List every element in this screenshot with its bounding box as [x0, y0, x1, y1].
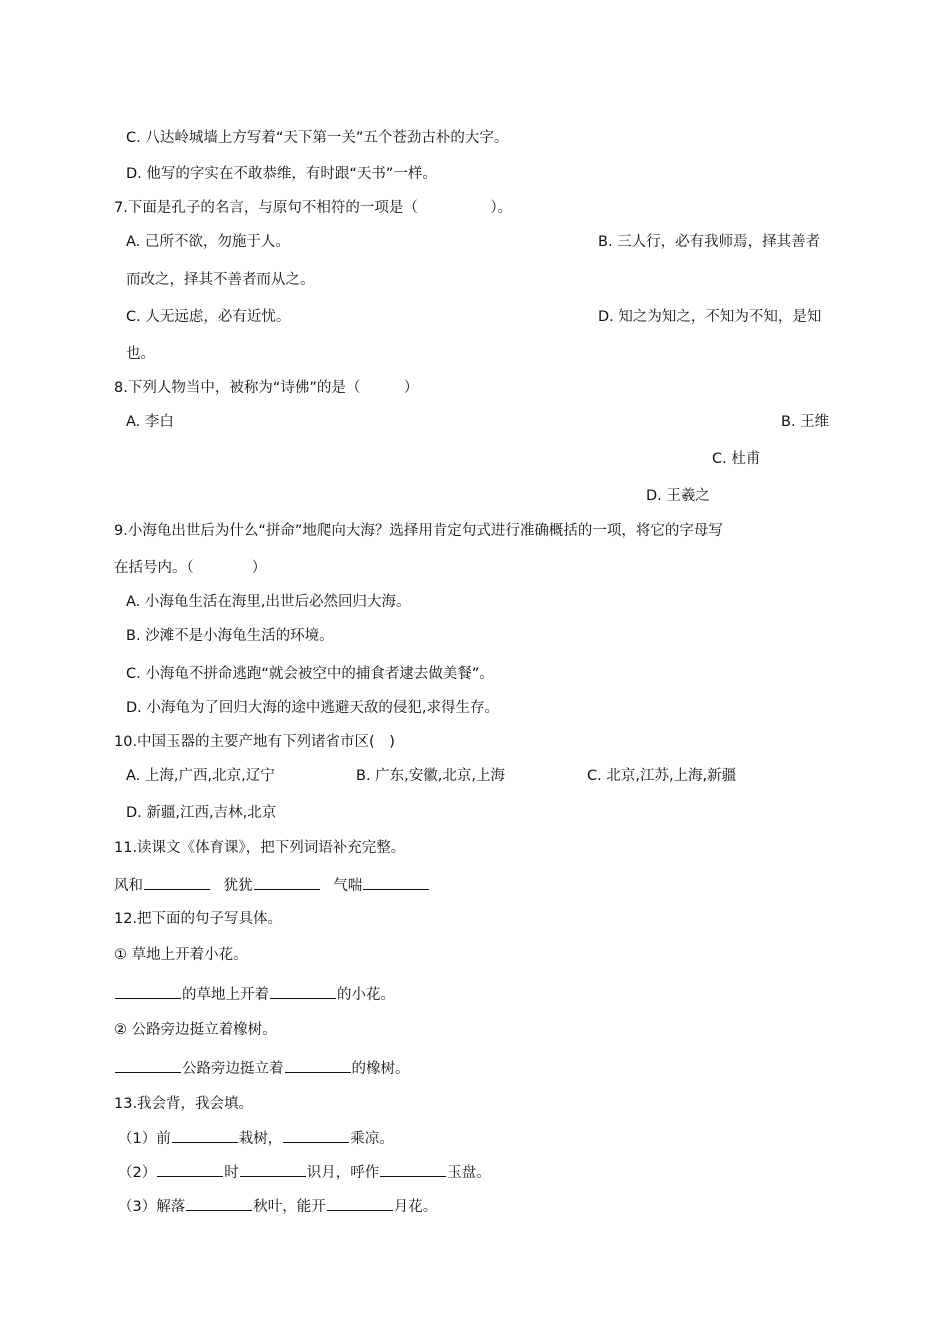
q13-line-2-text-c: 玉盘。 [447, 1165, 491, 1181]
q12-rewrite-1-text-a: 的草地上开着 [182, 987, 269, 1003]
q8-option-d: D. 王羲之 [646, 486, 710, 506]
q11-word-3: 气喘 [333, 878, 362, 894]
q13-line-2-text-a: 时 [224, 1165, 239, 1181]
q12-stem: 12.把下面的句子写具体。 [114, 909, 282, 929]
q13-blank-2c[interactable] [380, 1162, 446, 1177]
q10-option-d: D. 新疆,江西,吉林,北京 [126, 803, 276, 823]
q13-line-2-prefix: （2） [118, 1165, 156, 1181]
q13-stem: 13.我会背，我会填。 [114, 1094, 253, 1114]
q11-stem: 11.读课文《体育课》，把下列词语补充完整。 [114, 838, 405, 858]
q12-rewrite-2-text-b: 的橡树。 [352, 1061, 410, 1077]
q7-option-b: B. 三人行，必有我师焉，择其善者 [598, 232, 820, 252]
q8-stem: 8.下列人物当中，被称为“诗佛”的是（ ） [114, 378, 418, 398]
q8-option-b: B. 王维 [781, 412, 829, 432]
q10-option-c: C. 北京,江苏,上海,新疆 [587, 766, 736, 786]
q9-option-d: D. 小海龟为了回归大海的途中逃避天敌的侵犯,求得生存。 [126, 698, 499, 718]
q9-option-a: A. 小海龟生活在海里,出世后必然回归大海。 [126, 592, 411, 612]
q13-blank-1b[interactable] [283, 1128, 349, 1143]
q12-sentence-2: ② 公路旁边挺立着橡树。 [114, 1020, 277, 1040]
q13-line-1-prefix: （1）前 [118, 1131, 171, 1147]
q7-option-b-cont: 而改之，择其不善者而从之。 [126, 270, 315, 290]
q7-option-d: D. 知之为知之，不知为不知，是知 [598, 307, 821, 327]
q10-option-a: A. 上海,广西,北京,辽宁 [126, 766, 275, 786]
q12-blank-2b[interactable] [285, 1058, 351, 1073]
q9-option-c: C. 小海龟不拼命逃跑“就会被空中的捕食者逮去做美餐”。 [126, 664, 494, 684]
q13-blank-3b[interactable] [327, 1196, 393, 1211]
q13-line-1-text-a: 栽树， [239, 1131, 283, 1147]
q13-line-3-prefix: （3）解落 [118, 1199, 185, 1215]
q9-stem: 9.小海龟出世后为什么“拼命”地爬向大海？选择用肯定句式进行准确概括的一项，将它… [114, 521, 723, 541]
q12-sentence-1: ① 草地上开着小花。 [114, 945, 248, 965]
q13-line-3: （3）解落秋叶，能开月花。 [118, 1196, 437, 1217]
q6-option-c: C. 八达岭城墙上方写着“天下第一关”五个苍劲古朴的大字。 [126, 128, 508, 148]
q7-stem: 7.下面是孔子的名言，与原句不相符的一项是（ ）。 [114, 198, 512, 218]
q13-blank-2a[interactable] [157, 1162, 223, 1177]
q13-line-3-text-b: 月花。 [394, 1199, 438, 1215]
q12-rewrite-2: 公路旁边挺立着的橡树。 [114, 1058, 410, 1079]
q11-blank-1[interactable] [144, 875, 210, 890]
q12-blank-1a[interactable] [115, 984, 181, 999]
q13-line-2-text-b: 识月，呼作 [307, 1165, 380, 1181]
q11-blank-3[interactable] [363, 875, 429, 890]
q9-stem-cont: 在括号内。（ ） [114, 558, 266, 578]
q13-line-3-text-a: 秋叶，能开 [253, 1199, 326, 1215]
q8-option-c: C. 杜甫 [712, 449, 760, 469]
q7-option-c: C. 人无远虑，必有近忧。 [126, 307, 290, 327]
q12-blank-2a[interactable] [115, 1058, 181, 1073]
q13-line-2: （2）时识月，呼作玉盘。 [118, 1162, 491, 1183]
q12-rewrite-2-text-a: 公路旁边挺立着 [182, 1061, 284, 1077]
q12-rewrite-1: 的草地上开着的小花。 [114, 984, 395, 1005]
q10-option-b: B. 广东,安徽,北京,上海 [356, 766, 505, 786]
q12-blank-1b[interactable] [270, 984, 336, 999]
q11-fill-line: 风和 犹犹 气喘 [114, 875, 430, 896]
q13-line-1-text-b: 乘凉。 [350, 1131, 394, 1147]
q11-blank-2[interactable] [254, 875, 320, 890]
q9-option-b: B. 沙滩不是小海龟生活的环境。 [126, 626, 334, 646]
q12-rewrite-1-text-b: 的小花。 [337, 987, 395, 1003]
q6-option-d: D. 他写的字实在不敢恭维，有时跟“天书”一样。 [126, 164, 437, 184]
q7-option-a: A. 己所不欲，勿施于人。 [126, 232, 290, 252]
q13-blank-3a[interactable] [186, 1196, 252, 1211]
q13-blank-2b[interactable] [240, 1162, 306, 1177]
q13-blank-1a[interactable] [172, 1128, 238, 1143]
q13-line-1: （1）前栽树，乘凉。 [118, 1128, 394, 1149]
q11-word-2: 犹犹 [224, 878, 253, 894]
q10-stem: 10.中国玉器的主要产地有下列诸省市区( ) [114, 732, 395, 752]
q7-option-d-cont: 也。 [126, 344, 155, 364]
q8-option-a: A. 李白 [126, 412, 174, 432]
q11-word-1: 风和 [114, 878, 143, 894]
